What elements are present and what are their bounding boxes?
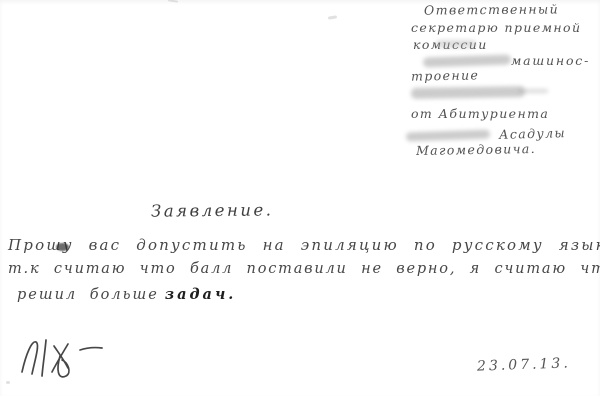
header-line-faculty: троение <box>411 67 480 83</box>
redaction-blur <box>518 89 548 93</box>
date: 23.07.13. <box>477 355 571 374</box>
header-line-from: от Абитуриента <box>411 106 549 121</box>
paper-speck <box>6 381 10 384</box>
redaction-blur <box>406 130 490 142</box>
scanned-application-document: Ответственный секретарю приемной комисси… <box>0 0 600 396</box>
redaction-blur <box>436 40 476 48</box>
paper-speck <box>168 0 178 3</box>
body-line: Прошу вас допустить на эпиляцию по русск… <box>8 236 600 254</box>
ink-correction-blot <box>56 243 69 251</box>
signature-scribble <box>16 332 116 382</box>
header-line-recipient: Ответственный <box>424 1 559 17</box>
header-line-applicant-patronymic: Магомедовича. <box>416 141 536 158</box>
redaction-blur <box>423 54 511 67</box>
redaction-blur <box>411 86 525 99</box>
body-line: т.к считаю что балл поставили не верно, … <box>8 261 600 277</box>
body-line-text: решил больше <box>17 287 159 303</box>
body-emphasized-word: задач. <box>165 286 237 303</box>
paper-speck <box>328 15 337 20</box>
body-line: решил большезадач. <box>17 286 236 303</box>
header-line-recipient: секретарю приемной <box>411 20 581 35</box>
header-line-applicant-name: Асадулы <box>499 125 566 142</box>
header-line-faculty: машинос- <box>511 53 590 68</box>
document-title: Заявление. <box>151 200 274 220</box>
